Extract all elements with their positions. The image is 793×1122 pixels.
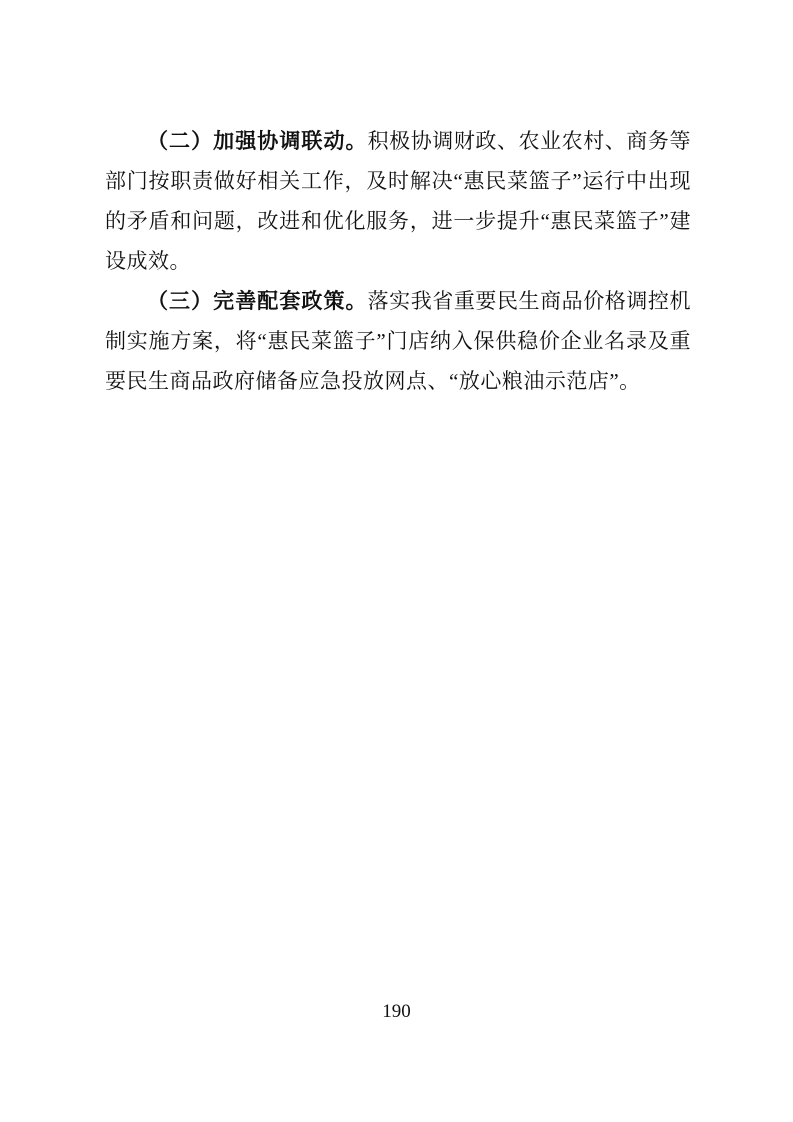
document-page: （二）加强协调联动。积极协调财政、农业农村、商务等部门按职责做好相关工作，及时解… [0, 0, 793, 1122]
document-body: （二）加强协调联动。积极协调财政、农业农村、商务等部门按职责做好相关工作，及时解… [105, 121, 691, 401]
paragraph-2-heading: （二）加强协调联动。 [147, 129, 368, 153]
page-number: 190 [0, 1001, 793, 1023]
paragraph-3: （三）完善配套政策。落实我省重要民生商品价格调控机制实施方案，将“惠民菜篮子”门… [105, 281, 691, 401]
paragraph-3-heading: （三）完善配套政策。 [147, 289, 368, 313]
paragraph-2: （二）加强协调联动。积极协调财政、农业农村、商务等部门按职责做好相关工作，及时解… [105, 121, 691, 281]
